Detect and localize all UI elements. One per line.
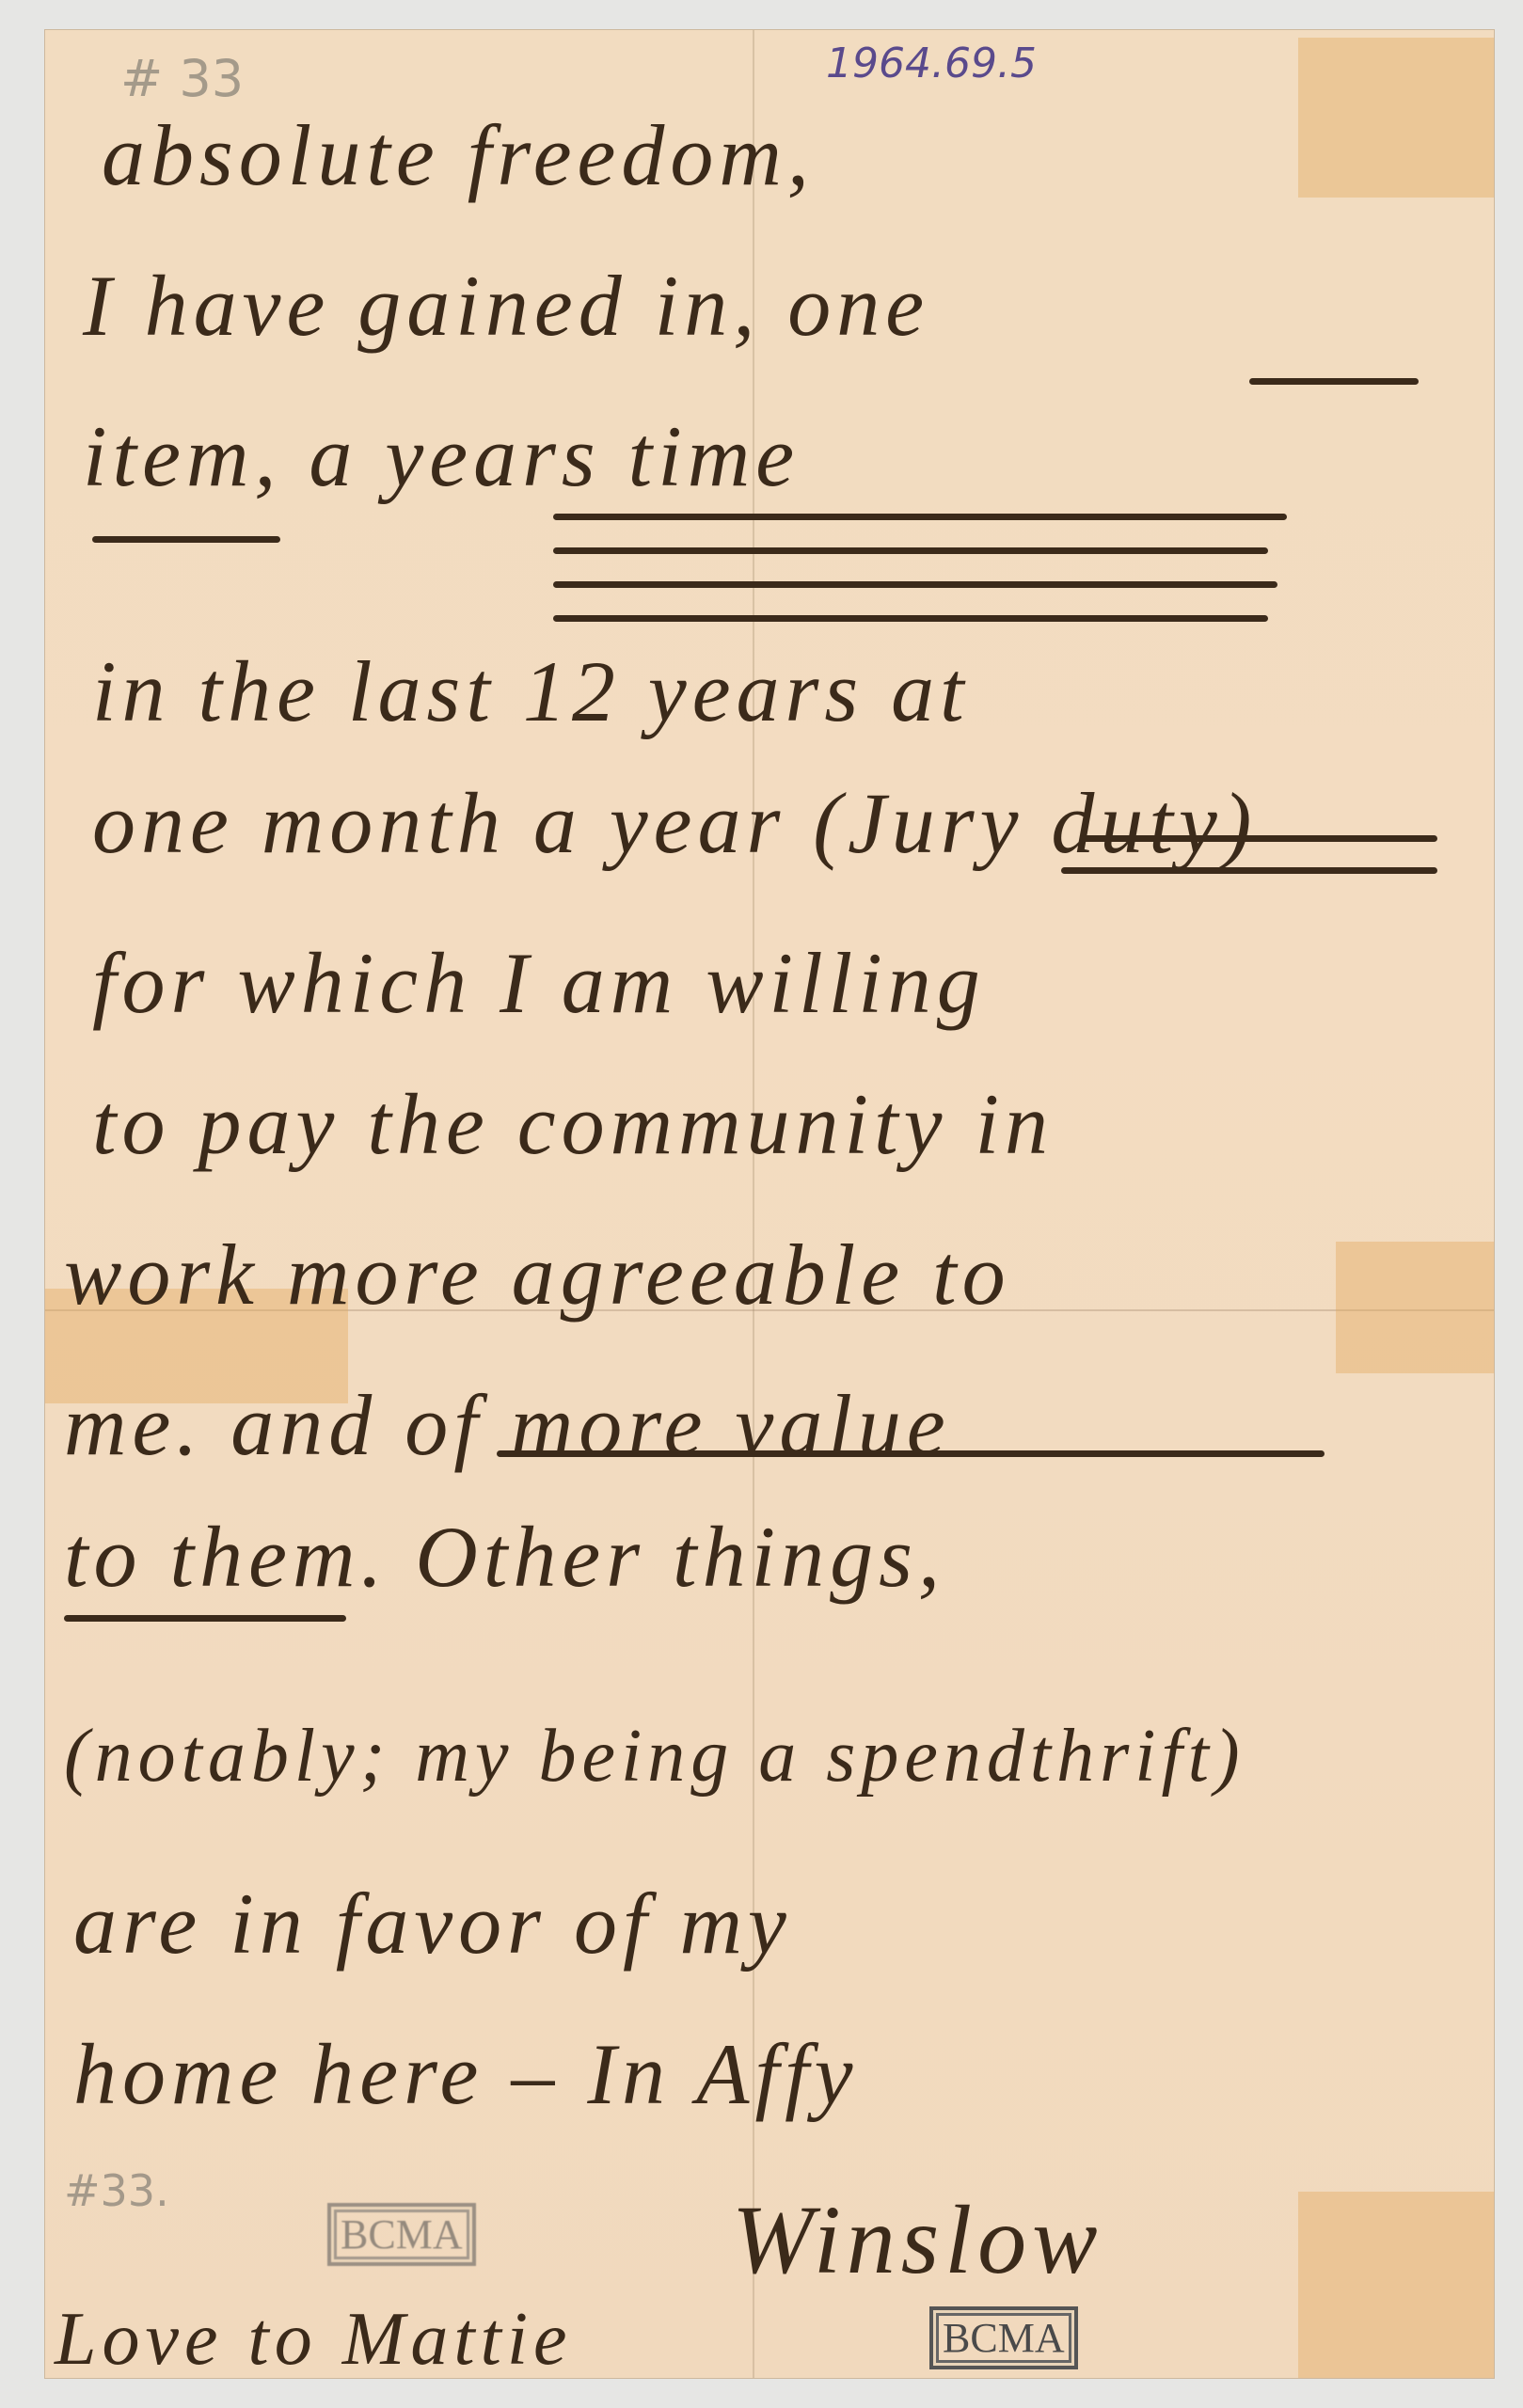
text-line-5: one month a year (Jury duty): [92, 773, 1257, 873]
underline-item: [92, 536, 280, 543]
text-line-9: me. and of more value: [64, 1375, 951, 1475]
text-line-1: absolute freedom,: [102, 105, 815, 205]
text-line-2: I have gained in, one: [83, 256, 929, 356]
text-line-3: item, a years time: [83, 406, 800, 506]
text-line-13: home here – In Affy: [73, 2024, 858, 2124]
underline-to-them: [64, 1615, 346, 1622]
bcma-stamp-faint: BCMA: [327, 2203, 476, 2266]
tape-stain-mid-right: [1336, 1242, 1494, 1373]
text-line-12: are in favor of my: [73, 1874, 792, 1973]
accession-number: 1964.69.5: [826, 40, 1037, 87]
underline-one: [1249, 378, 1419, 385]
underline-years-time-4: [553, 615, 1268, 622]
pencil-item-number-top: # 33: [120, 49, 244, 108]
signature: Winslow: [732, 2184, 1103, 2296]
underline-jury-duty-2: [1061, 867, 1437, 874]
pencil-item-number-bottom: #33.: [64, 2165, 169, 2216]
underline-years-time-2: [553, 547, 1268, 554]
text-line-10: to them. Other things,: [64, 1507, 945, 1607]
underline-and-of-more-value: [497, 1450, 1325, 1457]
tape-stain-bottom-right: [1298, 2192, 1494, 2378]
text-line-6: for which I am willing: [92, 933, 986, 1033]
tape-stain-top-right: [1298, 38, 1494, 198]
postscript: Love to Mattie: [55, 2297, 573, 2383]
letter-page: # 33 1964.69.5 absolute freedom, I have …: [45, 30, 1494, 2378]
bcma-stamp: BCMA: [929, 2306, 1078, 2369]
text-line-11: (notably; my being a spendthrift): [64, 1714, 1245, 1799]
underline-years-time-1: [553, 514, 1287, 520]
text-line-4: in the last 12 years at: [92, 642, 970, 741]
underline-jury-duty-1: [1080, 835, 1437, 842]
text-line-8: work more agreeable to: [64, 1225, 1011, 1324]
underline-years-time-3: [553, 581, 1277, 588]
text-line-7: to pay the community in: [92, 1074, 1054, 1174]
